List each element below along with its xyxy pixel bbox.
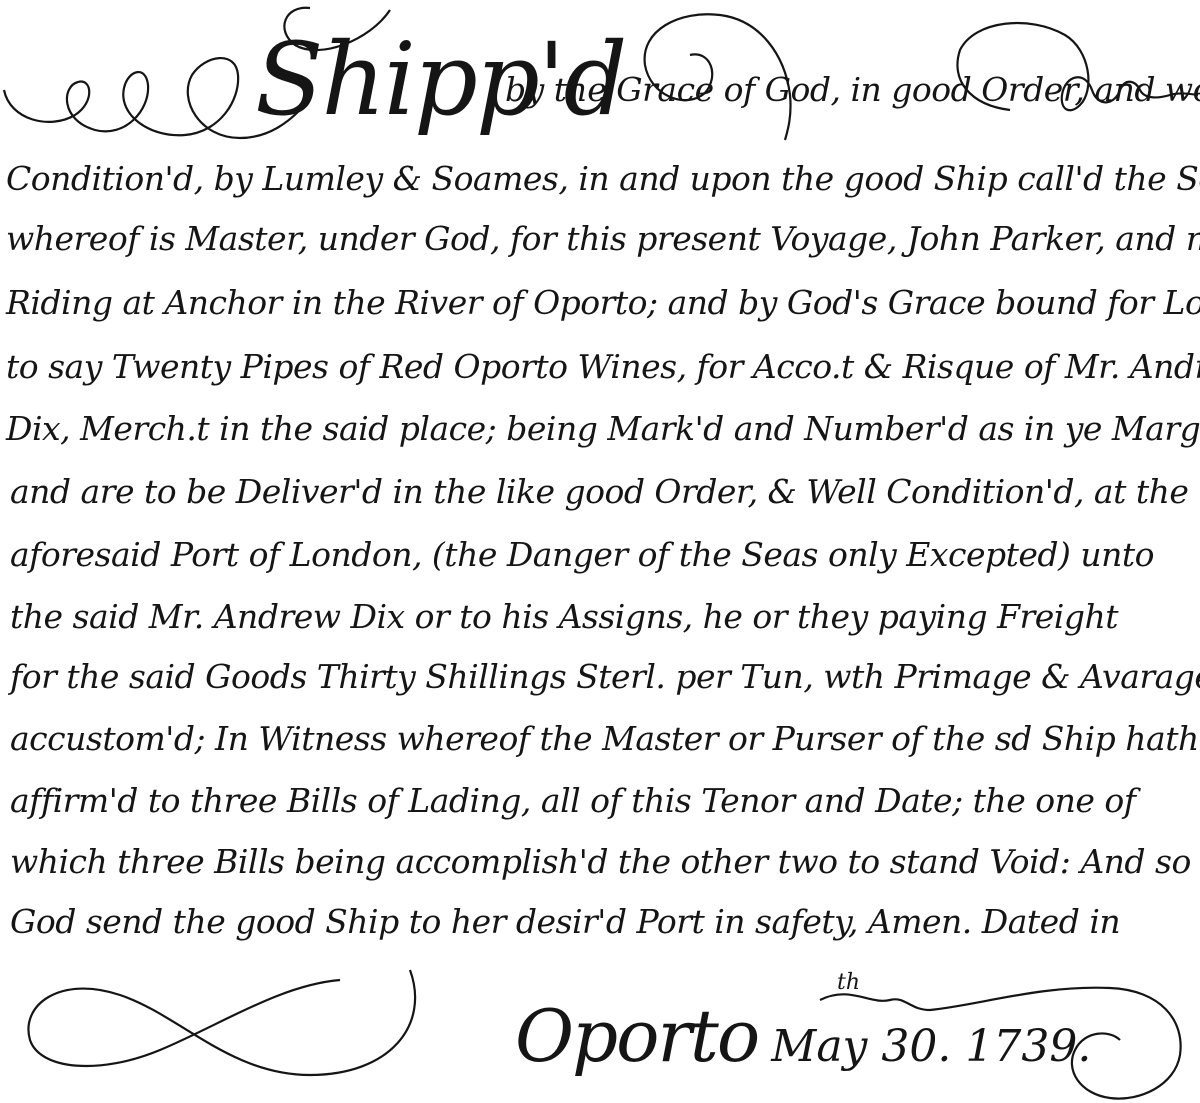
text-line-12: affirm'd to three Bills of Lading, all o… bbox=[10, 784, 1200, 817]
text-line-14: God send the good Ship to her desir'd Po… bbox=[10, 905, 1200, 938]
text-line-4: Riding at Anchor in the River of Oporto;… bbox=[6, 286, 1200, 319]
text-line-10: for the said Goods Thirty Shillings Ster… bbox=[10, 660, 1200, 693]
text-line-3: whereof is Master, under God, for this p… bbox=[6, 222, 1200, 255]
dateline-place: Oporto bbox=[515, 994, 758, 1078]
text-line-7: and are to be Deliver'd in the like good… bbox=[10, 475, 1200, 508]
bill-of-lading-page: Shipp'd by the Grace of God, in good Ord… bbox=[0, 0, 1200, 1103]
text-line-9: the said Mr. Andrew Dix or to his Assign… bbox=[10, 600, 1200, 633]
text-line-5: to say Twenty Pipes of Red Oporto Wines,… bbox=[6, 350, 1200, 383]
flourish-bottom-left-icon bbox=[10, 965, 430, 1085]
text-line-11: accustom'd; In Witness whereof the Maste… bbox=[10, 722, 1200, 755]
text-line-1: by the Grace of God, in good Order, and … bbox=[505, 70, 1200, 109]
dateline: Oporto May 30. 1739. th bbox=[515, 1000, 1091, 1072]
text-line-8: aforesaid Port of London, (the Danger of… bbox=[10, 538, 1200, 571]
text-line-2: Condition'd, by Lumley & Soames, in and … bbox=[6, 162, 1200, 195]
text-line-6: Dix, Merch.t in the said place; being Ma… bbox=[6, 412, 1200, 445]
text-line-13: which three Bills being accomplish'd the… bbox=[10, 845, 1200, 878]
dateline-date: May 30. 1739. bbox=[771, 1021, 1091, 1072]
dateline-ordinal: th bbox=[837, 972, 860, 994]
